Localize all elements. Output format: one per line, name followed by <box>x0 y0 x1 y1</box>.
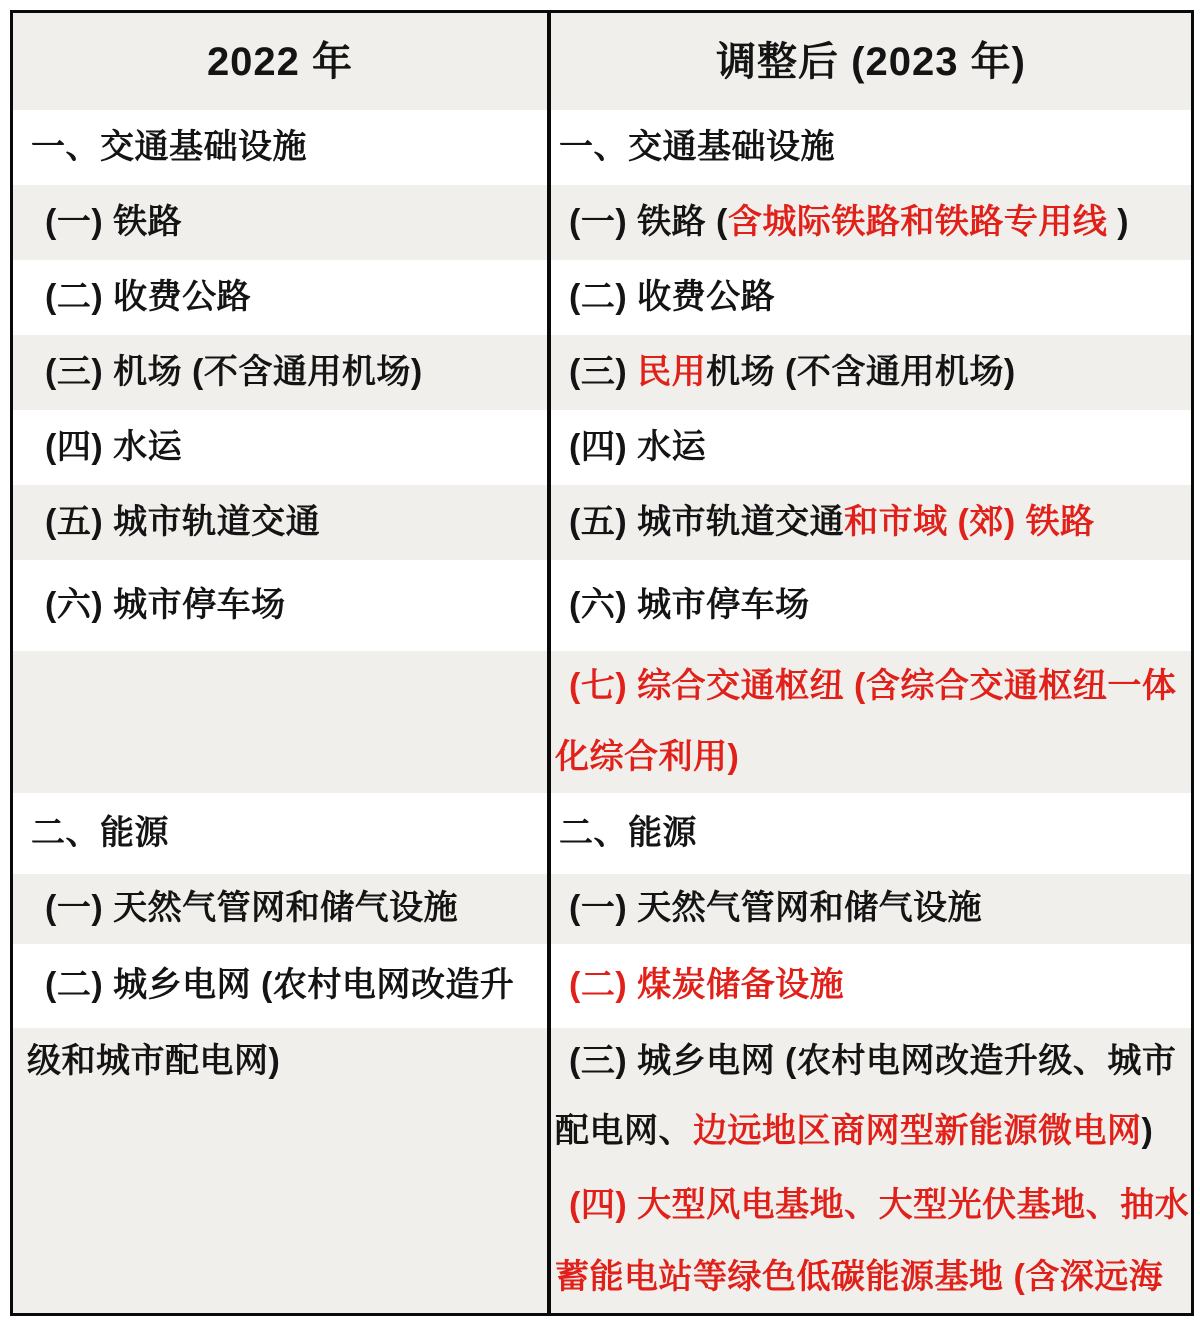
cell-header-right: 调整后 (2023 年) <box>551 13 1191 110</box>
row-section-energy: 二、能源二、能源 <box>13 793 1191 874</box>
revised-text-segment: (二) 煤炭储备设施 <box>569 966 844 1004</box>
row-item-rail-transit: (五) 城市轨道交通(五) 城市轨道交通和市域 (郊) 铁路 <box>13 485 1191 560</box>
cell-item-water-transport-right: (四) 水运 <box>551 410 1191 485</box>
text-segment: ) <box>1142 1112 1154 1150</box>
cell-item-hub-line2-right: 化综合利用) <box>551 722 1191 793</box>
text-segment: (四) 水运 <box>569 428 706 466</box>
text-line: (六) 城市停车场 <box>569 587 810 624</box>
text-line: 化综合利用) <box>555 739 739 776</box>
text-segment: (三) 城乡电网 (农村电网改造升级、城市 <box>569 1042 1176 1080</box>
cell-item-railway-right: (一) 铁路 (含城际铁路和铁路专用线 ) <box>551 185 1191 260</box>
revised-text-segment: (四) 大型风电基地、大型光伏基地、抽水 <box>569 1186 1189 1224</box>
revised-text-segment: 化综合利用) <box>555 738 739 776</box>
cell-item-airport-left: (三) 机场 (不含通用机场) <box>13 335 551 410</box>
cell-item-green-energy-line2-left <box>13 1243 551 1313</box>
text-segment: (六) 城市停车场 <box>45 586 286 624</box>
cell-item-grid-line2-right: 配电网、边远地区商网型新能源微电网) <box>551 1096 1191 1168</box>
cell-item-hub-line2-left <box>13 722 551 793</box>
text-segment: 机场 (不含通用机场) <box>706 353 1016 391</box>
cell-item-grid-line1-left: 级和城市配电网) <box>13 1028 551 1096</box>
text-line: 配电网、边远地区商网型新能源微电网) <box>555 1113 1153 1150</box>
cell-item-green-energy-line1-right: (四) 大型风电基地、大型光伏基地、抽水 <box>551 1168 1191 1243</box>
cell-item-coal-and-grid-left: (二) 城乡电网 (农村电网改造升 <box>13 944 551 1028</box>
text-line: (一) 天然气管网和储气设施 <box>569 890 982 927</box>
text-line: (三) 机场 (不含通用机场) <box>45 354 423 391</box>
row-item-railway: (一) 铁路(一) 铁路 (含城际铁路和铁路专用线 ) <box>13 185 1191 260</box>
text-segment: 调整后 (2023 年) <box>716 40 1026 84</box>
cell-item-coal-and-grid-right: (二) 煤炭储备设施 <box>551 944 1191 1028</box>
text-line: 二、能源 <box>31 815 169 852</box>
row-item-hub-line1: (七) 综合交通枢纽 (含综合交通枢纽一体 <box>13 651 1191 722</box>
text-line: 调整后 (2023 年) <box>716 40 1026 84</box>
cell-item-railway-left: (一) 铁路 <box>13 185 551 260</box>
text-line: (五) 城市轨道交通 <box>45 504 320 541</box>
row-item-grid-line2: 配电网、边远地区商网型新能源微电网) <box>13 1096 1191 1168</box>
cell-item-green-energy-line1-left <box>13 1168 551 1243</box>
row-item-green-energy-line2: 蓄能电站等绿色低碳能源基地 (含深远海 <box>13 1243 1191 1313</box>
cell-section-energy-right: 二、能源 <box>551 793 1191 874</box>
cell-header-left: 2022 年 <box>13 13 551 110</box>
row-item-green-energy-line1: (四) 大型风电基地、大型光伏基地、抽水 <box>13 1168 1191 1243</box>
text-line: (四) 水运 <box>569 429 706 466</box>
text-line: (一) 铁路 (含城际铁路和铁路专用线 ) <box>569 204 1129 241</box>
cell-item-grid-line1-right: (三) 城乡电网 (农村电网改造升级、城市 <box>551 1028 1191 1096</box>
text-segment: 一、交通基础设施 <box>559 128 835 166</box>
cell-section-transport-right: 一、交通基础设施 <box>551 110 1191 185</box>
text-segment: (六) 城市停车场 <box>569 586 810 624</box>
text-segment: (五) 城市轨道交通 <box>569 503 844 541</box>
cell-section-energy-left: 二、能源 <box>13 793 551 874</box>
text-line: (二) 城乡电网 (农村电网改造升 <box>45 967 514 1004</box>
text-line: (一) 天然气管网和储气设施 <box>45 890 458 927</box>
text-segment: (一) 铁路 <box>45 203 182 241</box>
text-segment: 配电网、 <box>555 1112 693 1150</box>
text-line: 级和城市配电网) <box>27 1043 280 1080</box>
row-item-airport: (三) 机场 (不含通用机场)(三) 民用机场 (不含通用机场) <box>13 335 1191 410</box>
text-segment: (三) <box>569 353 637 391</box>
cell-item-airport-right: (三) 民用机场 (不含通用机场) <box>551 335 1191 410</box>
cell-item-rail-transit-left: (五) 城市轨道交通 <box>13 485 551 560</box>
cell-item-parking-left: (六) 城市停车场 <box>13 560 551 651</box>
text-segment: 二、能源 <box>31 814 169 852</box>
revised-text-segment: (七) 综合交通枢纽 (含综合交通枢纽一体 <box>569 667 1176 705</box>
text-segment: (一) 天然气管网和储气设施 <box>45 889 458 927</box>
cell-item-hub-line1-right: (七) 综合交通枢纽 (含综合交通枢纽一体 <box>551 651 1191 722</box>
cell-item-water-transport-left: (四) 水运 <box>13 410 551 485</box>
text-line: 一、交通基础设施 <box>31 129 307 166</box>
row-item-hub-line2: 化综合利用) <box>13 722 1191 793</box>
revised-text-segment: 和市域 (郊) 铁路 <box>844 503 1095 541</box>
row-section-transport: 一、交通基础设施一、交通基础设施 <box>13 110 1191 185</box>
cell-item-green-energy-line2-right: 蓄能电站等绿色低碳能源基地 (含深远海 <box>551 1243 1191 1313</box>
text-line: (二) 收费公路 <box>45 279 251 316</box>
cell-item-gas-network-left: (一) 天然气管网和储气设施 <box>13 874 551 944</box>
row-item-gas-network: (一) 天然气管网和储气设施(一) 天然气管网和储气设施 <box>13 874 1191 944</box>
row-item-parking: (六) 城市停车场(六) 城市停车场 <box>13 560 1191 651</box>
cell-item-toll-road-left: (二) 收费公路 <box>13 260 551 335</box>
text-line: (三) 民用机场 (不含通用机场) <box>569 354 1016 391</box>
cell-item-grid-line2-left <box>13 1096 551 1168</box>
cell-item-hub-line1-left <box>13 651 551 722</box>
revised-text-segment: 含城际铁路和铁路专用线 <box>728 203 1108 241</box>
text-line: (七) 综合交通枢纽 (含综合交通枢纽一体 <box>569 668 1176 705</box>
text-segment: (三) 机场 (不含通用机场) <box>45 353 423 391</box>
text-line: 蓄能电站等绿色低碳能源基地 (含深远海 <box>555 1259 1163 1296</box>
text-line: (三) 城乡电网 (农村电网改造升级、城市 <box>569 1043 1176 1080</box>
text-line: (五) 城市轨道交通和市域 (郊) 铁路 <box>569 504 1095 541</box>
comparison-table: 2022 年调整后 (2023 年)一、交通基础设施一、交通基础设施(一) 铁路… <box>10 10 1194 1316</box>
text-segment: 二、能源 <box>559 814 697 852</box>
text-line: (二) 煤炭储备设施 <box>569 967 844 1004</box>
revised-text-segment: 民用 <box>637 353 706 391</box>
cell-item-gas-network-right: (一) 天然气管网和储气设施 <box>551 874 1191 944</box>
text-segment: 一、交通基础设施 <box>31 128 307 166</box>
text-line: 2022 年 <box>207 40 353 84</box>
row-item-toll-road: (二) 收费公路(二) 收费公路 <box>13 260 1191 335</box>
revised-text-segment: 蓄能电站等绿色低碳能源基地 (含深远海 <box>555 1258 1163 1296</box>
row-item-water-transport: (四) 水运(四) 水运 <box>13 410 1191 485</box>
cell-item-rail-transit-right: (五) 城市轨道交通和市域 (郊) 铁路 <box>551 485 1191 560</box>
cell-section-transport-left: 一、交通基础设施 <box>13 110 551 185</box>
text-segment: (二) 城乡电网 (农村电网改造升 <box>45 966 514 1004</box>
text-segment: 级和城市配电网) <box>27 1042 280 1080</box>
cell-item-parking-right: (六) 城市停车场 <box>551 560 1191 651</box>
text-line: 一、交通基础设施 <box>559 129 835 166</box>
row-header: 2022 年调整后 (2023 年) <box>13 13 1191 110</box>
cell-item-toll-road-right: (二) 收费公路 <box>551 260 1191 335</box>
revised-text-segment: 边远地区商网型新能源微电网 <box>693 1112 1142 1150</box>
row-item-grid-line1: 级和城市配电网)(三) 城乡电网 (农村电网改造升级、城市 <box>13 1028 1191 1096</box>
text-line: 二、能源 <box>559 815 697 852</box>
text-segment: (一) 天然气管网和储气设施 <box>569 889 982 927</box>
text-segment: (四) 水运 <box>45 428 182 466</box>
text-segment: (二) 收费公路 <box>569 278 775 316</box>
text-line: (一) 铁路 <box>45 204 182 241</box>
text-segment: 2022 年 <box>207 40 353 84</box>
text-line: (四) 水运 <box>45 429 182 466</box>
text-segment: (二) 收费公路 <box>45 278 251 316</box>
text-line: (四) 大型风电基地、大型光伏基地、抽水 <box>569 1187 1189 1224</box>
text-line: (二) 收费公路 <box>569 279 775 316</box>
text-segment: ) <box>1107 203 1129 241</box>
text-segment: (一) 铁路 ( <box>569 203 728 241</box>
row-item-coal-and-grid: (二) 城乡电网 (农村电网改造升(二) 煤炭储备设施 <box>13 944 1191 1028</box>
text-line: (六) 城市停车场 <box>45 587 286 624</box>
text-segment: (五) 城市轨道交通 <box>45 503 320 541</box>
